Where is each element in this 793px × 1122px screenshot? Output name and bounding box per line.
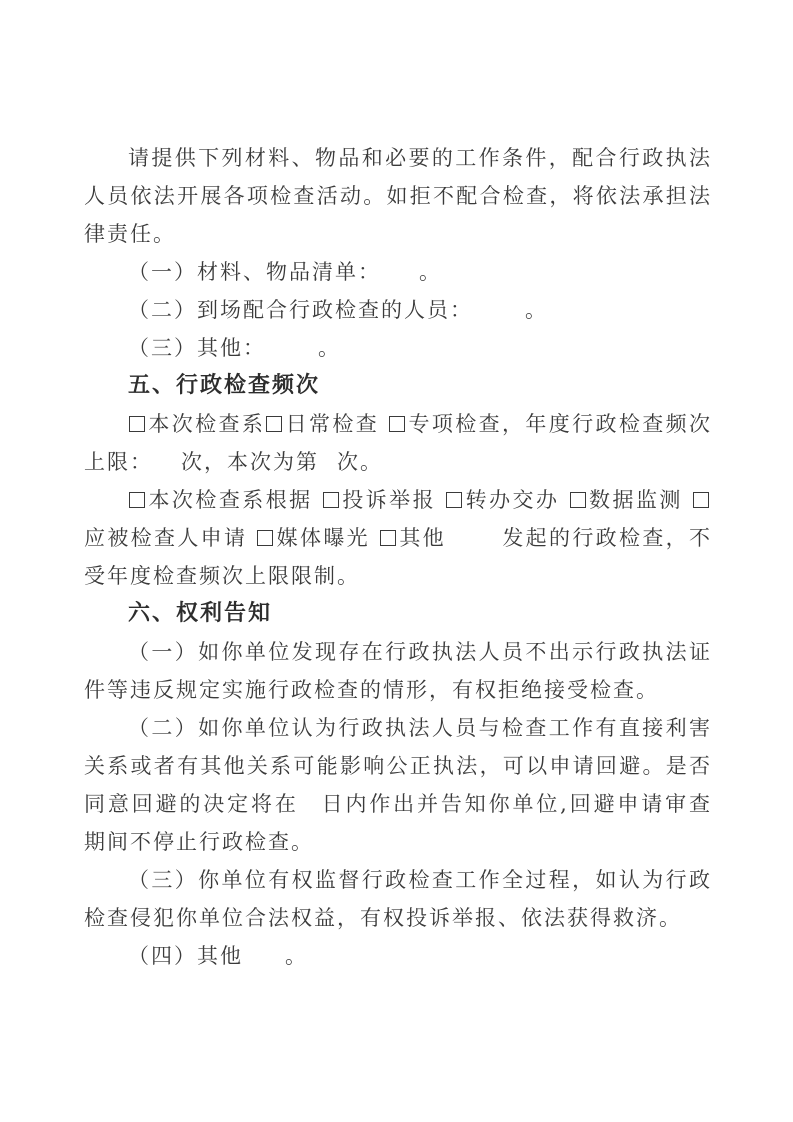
checkbox-icon xyxy=(129,492,145,508)
list-item-personnel: （二）到场配合行政检查的人员：。 xyxy=(84,291,712,329)
text-run: 次，本次为第 xyxy=(181,450,319,474)
blank-field xyxy=(446,544,502,545)
paragraph-inspection-basis: 本次检查系根据 投诉举报 转办交办 数据监测 应被检查人申请 媒体曝光 其他发起… xyxy=(84,481,712,595)
checkbox-icon xyxy=(257,530,273,546)
text-run: 。 xyxy=(419,260,442,284)
blank-field xyxy=(266,354,318,355)
text-run: 请提供下列材料、物品和必要的工作条件，配合行政执法人员依法开展各项检查活动。如拒… xyxy=(84,146,712,246)
checkbox-icon xyxy=(446,492,462,508)
paragraph-cooperation-notice: 请提供下列材料、物品和必要的工作条件，配合行政执法人员依法开展各项检查活动。如拒… xyxy=(84,139,712,253)
text-run: （一）材料、物品清单： xyxy=(128,260,381,284)
text-run: 投诉举报 xyxy=(342,488,445,512)
text-run: 应被检查人申请 xyxy=(84,526,256,550)
text-run: （四）其他 xyxy=(128,944,243,968)
text-run: 其他 xyxy=(399,526,446,550)
text-run: 本次检查系根据 xyxy=(148,488,322,512)
paragraph-right-recusal: （二）如你单位认为行政执法人员与检查工作有直接利害关系或者有其他关系可能影响公正… xyxy=(84,709,712,861)
paragraph-right-refuse: （一）如你单位发现存在行政执法人员不出示行政执法证件等违反规定实施行政检查的情形… xyxy=(84,633,712,709)
section-heading-frequency: 五、行政检查频次 xyxy=(84,367,712,405)
checkbox-icon xyxy=(129,416,145,432)
text-run: 。 xyxy=(318,336,341,360)
blank-field xyxy=(243,962,285,963)
checkbox-icon xyxy=(266,416,282,432)
text-run: （一）如你单位发现存在行政执法人员不出示行政执法证件等违反规定实施行政检查的情形… xyxy=(84,640,712,702)
section-heading-rights: 六、权利告知 xyxy=(84,595,712,633)
blank-field xyxy=(381,278,419,279)
blank-field xyxy=(473,316,525,317)
text-run: 日常检查 xyxy=(285,412,388,436)
document-body: 请提供下列材料、物品和必要的工作条件，配合行政执法人员依法开展各项检查活动。如拒… xyxy=(84,139,712,975)
text-run: （三）你单位有权监督行政检查工作全过程，如认为行政检查侵犯你单位合法权益，有权投… xyxy=(84,868,712,930)
text-run: 。 xyxy=(525,298,548,322)
paragraph-right-supervise: （三）你单位有权监督行政检查工作全过程，如认为行政检查侵犯你单位合法权益，有权投… xyxy=(84,861,712,937)
text-run: （三）其他： xyxy=(128,336,266,360)
text-run: 。 xyxy=(285,944,308,968)
checkbox-icon xyxy=(570,492,586,508)
text-run: 转办交办 xyxy=(465,488,568,512)
text-run: （二）到场配合行政检查的人员： xyxy=(128,298,473,322)
list-item-materials: （一）材料、物品清单：。 xyxy=(84,253,712,291)
paragraph-inspection-type: 本次检查系日常检查 专项检查，年度行政检查频次上限：次，本次为第次。 xyxy=(84,405,712,481)
document-page: 请提供下列材料、物品和必要的工作条件，配合行政执法人员依法开展各项检查活动。如拒… xyxy=(0,0,793,1122)
text-run: 媒体曝光 xyxy=(276,526,379,550)
checkbox-icon xyxy=(389,416,405,432)
checkbox-icon xyxy=(693,492,709,508)
blank-field xyxy=(299,810,321,811)
text-run: 五、行政检查频次 xyxy=(128,373,320,398)
blank-field xyxy=(319,468,337,469)
text-run: 数据监测 xyxy=(589,488,692,512)
checkbox-icon xyxy=(323,492,339,508)
list-item-other: （三）其他：。 xyxy=(84,329,712,367)
text-run: 本次检查系 xyxy=(148,412,265,436)
blank-field xyxy=(153,468,181,469)
text-run: 次。 xyxy=(337,450,383,474)
checkbox-icon xyxy=(380,530,396,546)
paragraph-right-other: （四）其他。 xyxy=(84,937,712,975)
text-run: 六、权利告知 xyxy=(128,601,272,626)
